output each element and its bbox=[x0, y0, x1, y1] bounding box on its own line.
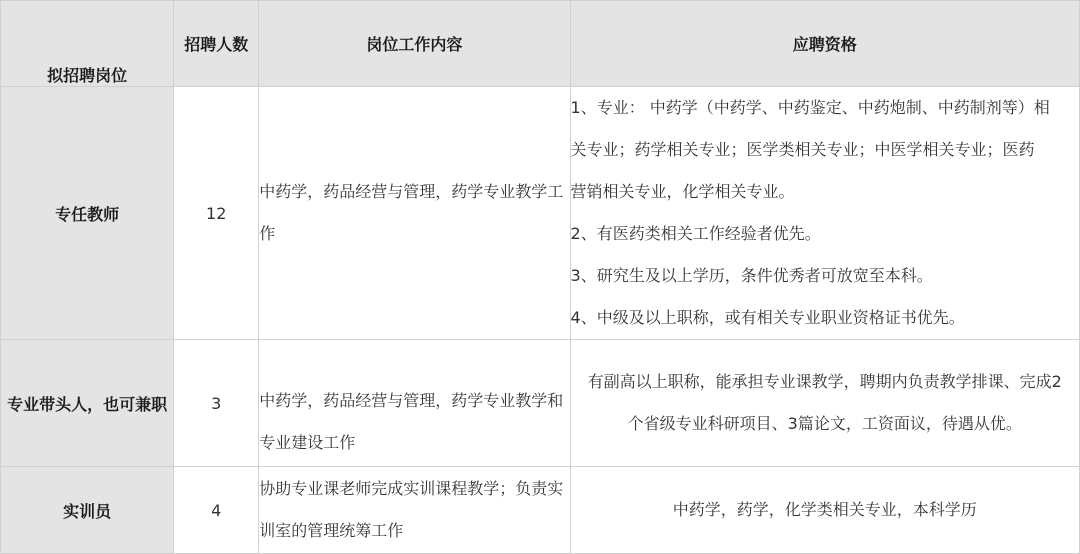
table-row: 实训员 4 协助专业课老师完成实训课程教学；负责实训室的管理统筹工作 中药学，药… bbox=[1, 467, 1080, 554]
content-cell: 协助专业课老师完成实训课程教学；负责实训室的管理统筹工作 bbox=[259, 467, 570, 554]
position-cell: 实训员 bbox=[1, 467, 174, 554]
requirement-line: 1、专业： 中药学（中药学、中药鉴定、中药炮制、中药制剂等）相 bbox=[571, 87, 1079, 129]
requirement-line: 3、研究生及以上学历，条件优秀者可放宽至本科。 bbox=[571, 255, 1079, 297]
header-position: 拟招聘岗位 bbox=[1, 1, 174, 87]
table-row: 专任教师 12 中药学，药品经营与管理，药学专业教学工作 1、专业： 中药学（中… bbox=[1, 87, 1080, 340]
table-row: 专业带头人，也可兼职 3 中药学，药品经营与管理，药学专业教学和专业建设工作 有… bbox=[1, 340, 1080, 467]
header-requirements: 应聘资格 bbox=[570, 1, 1079, 87]
position-cell: 专任教师 bbox=[1, 87, 174, 340]
recruitment-table: 拟招聘岗位 招聘人数 岗位工作内容 应聘资格 专任教师 12 中药学，药品经营与… bbox=[0, 0, 1080, 554]
requirements-cell: 有副高以上职称，能承担专业课教学，聘期内负责教学排课、完成2 个省级专业科研项目… bbox=[570, 340, 1079, 467]
requirement-line: 关专业；药学相关专业；医学类相关专业；中医学相关专业；医药 bbox=[571, 129, 1079, 171]
header-row: 拟招聘岗位 招聘人数 岗位工作内容 应聘资格 bbox=[1, 1, 1080, 87]
header-content: 岗位工作内容 bbox=[259, 1, 570, 87]
content-cell: 中药学，药品经营与管理，药学专业教学和专业建设工作 bbox=[259, 340, 570, 467]
content-cell: 中药学，药品经营与管理，药学专业教学工作 bbox=[259, 87, 570, 340]
count-cell: 3 bbox=[174, 340, 259, 467]
requirement-line: 4、中级及以上职称，或有相关专业职业资格证书优先。 bbox=[571, 297, 1079, 339]
position-cell: 专业带头人，也可兼职 bbox=[1, 340, 174, 467]
requirements-cell: 1、专业： 中药学（中药学、中药鉴定、中药炮制、中药制剂等）相 关专业；药学相关… bbox=[570, 87, 1079, 340]
header-count: 招聘人数 bbox=[174, 1, 259, 87]
requirement-line: 个省级专业科研项目、3篇论文，工资面议，待遇从优。 bbox=[571, 403, 1079, 445]
requirement-line: 有副高以上职称，能承担专业课教学，聘期内负责教学排课、完成2 bbox=[571, 361, 1079, 403]
requirements-cell: 中药学，药学，化学类相关专业，本科学历 bbox=[570, 467, 1079, 554]
count-cell: 12 bbox=[174, 87, 259, 340]
count-cell: 4 bbox=[174, 467, 259, 554]
requirement-line: 营销相关专业，化学相关专业。 bbox=[571, 171, 1079, 213]
requirement-line: 2、有医药类相关工作经验者优先。 bbox=[571, 213, 1079, 255]
requirement-line: 中药学，药学，化学类相关专业，本科学历 bbox=[571, 489, 1079, 531]
